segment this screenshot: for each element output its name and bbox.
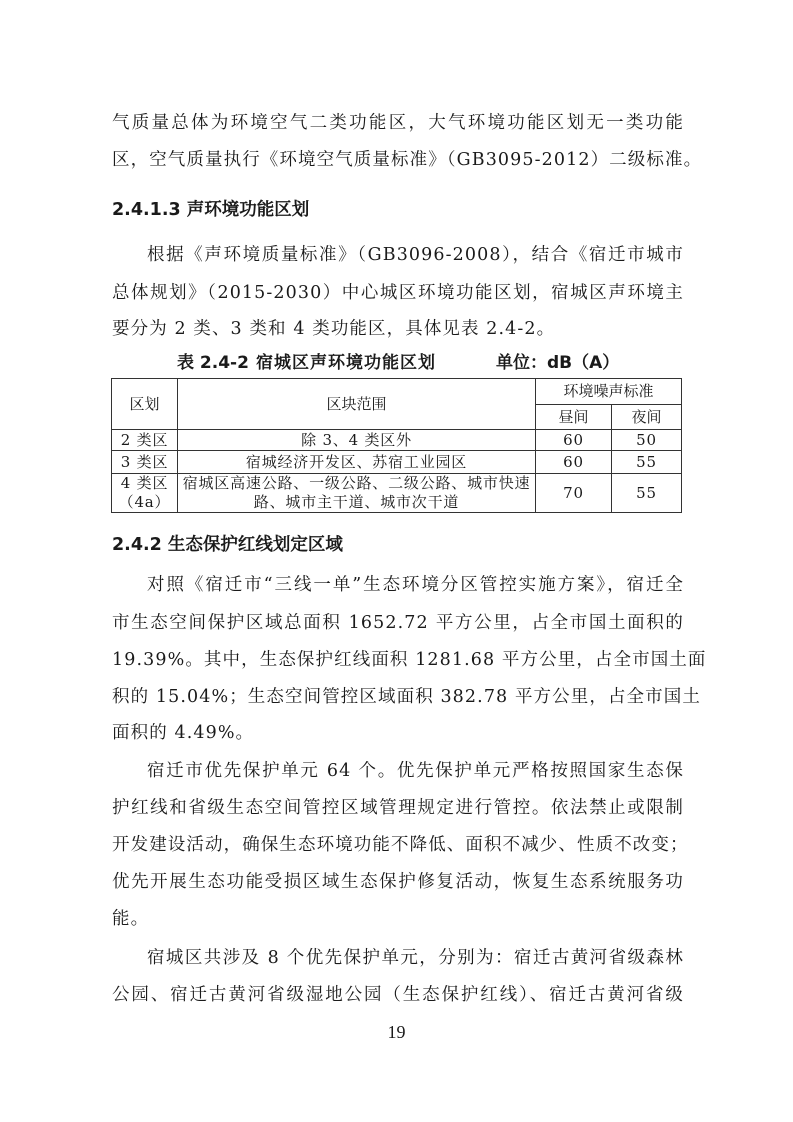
paragraph-line: 19.39%。其中，生态保护红线面积 1281.68 平方公里，占全市国土面 — [112, 649, 684, 671]
cell-day: 60 — [536, 430, 612, 451]
cell-range: 除 3、4 类区外 — [178, 430, 536, 451]
header-range: 区块范围 — [178, 379, 536, 430]
header-night: 夜间 — [612, 405, 682, 430]
header-standard: 环境噪声标准 — [536, 379, 682, 405]
paragraph-line: 护红线和省级生态空间管控区域管理规定进行管控。依法禁止或限制 — [112, 797, 684, 819]
paragraph-line: 宿迁市优先保护单元 64 个。优先保护单元严格按照国家生态保 — [147, 760, 684, 782]
table-unit: 单位：dB（A） — [496, 352, 619, 374]
table-number: 表 2.4-2 — [177, 352, 249, 374]
paragraph-line: 气质量总体为环境空气二类功能区，大气环境功能区划无一类功能 — [112, 112, 684, 134]
table-title: 宿城区声环境功能区划 — [256, 352, 436, 374]
table-header-row: 区划 区块范围 环境噪声标准 — [112, 379, 682, 405]
paragraph-line: 开发建设活动，确保生态环境功能不降低、面积不减少、性质不改变； — [112, 834, 684, 856]
section-heading-eco-redline: 2.4.2 生态保护红线划定区域 — [112, 534, 343, 556]
cell-day: 70 — [536, 474, 612, 513]
table-row: 3 类区 宿城经济开发区、苏宿工业园区 60 55 — [112, 451, 682, 474]
header-day: 昼间 — [536, 405, 612, 430]
paragraph-line: 面积的 4.49%。 — [112, 722, 684, 744]
paragraph-line: 对照《宿迁市“三线一单”生态环境分区管控实施方案》，宿迁全 — [147, 574, 684, 596]
cell-zone: 4 类区 （4a） — [112, 474, 178, 513]
header-zone: 区划 — [112, 379, 178, 430]
cell-range-line2: 路、城市主干道、城市次干道 — [178, 493, 535, 512]
paragraph-line: 区，空气质量执行《环境空气质量标准》（GB3095-2012）二级标准。 — [112, 149, 684, 171]
paragraph-line: 根据《声环境质量标准》（GB3096-2008），结合《宿迁市城市 — [147, 244, 684, 266]
cell-night: 55 — [612, 451, 682, 474]
cell-zone-line2: （4a） — [112, 493, 177, 512]
paragraph-line: 积的 15.04%；生态空间管控区域面积 382.78 平方公里，占全市国土 — [112, 686, 684, 708]
table-row: 2 类区 除 3、4 类区外 60 50 — [112, 430, 682, 451]
cell-night: 55 — [612, 474, 682, 513]
table-row: 4 类区 （4a） 宿城区高速公路、一级公路、二级公路、城市快速 路、城市主干道… — [112, 474, 682, 513]
paragraph-line: 市生态空间保护区域总面积 1652.72 平方公里，占全市国土面积的 — [112, 612, 684, 634]
paragraph-line: 优先开展生态功能受损区域生态保护修复活动，恢复生态系统服务功 — [112, 871, 684, 893]
cell-range: 宿城经济开发区、苏宿工业园区 — [178, 451, 536, 474]
cell-day: 60 — [536, 451, 612, 474]
paragraph-line: 能。 — [112, 908, 684, 930]
noise-zoning-table: 区划 区块范围 环境噪声标准 昼间 夜间 2 类区 除 3、4 类区外 60 5… — [111, 378, 682, 513]
cell-range-line1: 宿城区高速公路、一级公路、二级公路、城市快速 — [178, 474, 535, 493]
page-number: 19 — [0, 1022, 793, 1043]
cell-night: 50 — [612, 430, 682, 451]
section-heading-noise-zoning: 2.4.1.3 声环境功能区划 — [112, 199, 309, 221]
paragraph-line: 宿城区共涉及 8 个优先保护单元，分别为：宿迁古黄河省级森林 — [147, 947, 684, 969]
cell-range: 宿城区高速公路、一级公路、二级公路、城市快速 路、城市主干道、城市次干道 — [178, 474, 536, 513]
cell-zone: 2 类区 — [112, 430, 178, 451]
cell-zone: 3 类区 — [112, 451, 178, 474]
cell-zone-line1: 4 类区 — [112, 474, 177, 493]
paragraph-line: 要分为 2 类、3 类和 4 类功能区，具体见表 2.4-2。 — [112, 318, 684, 340]
paragraph-line: 公园、宿迁古黄河省级湿地公园（生态保护红线）、宿迁古黄河省级 — [112, 984, 684, 1006]
paragraph-line: 总体规划》（2015-2030）中心城区环境功能区划，宿城区声环境主 — [112, 282, 684, 304]
